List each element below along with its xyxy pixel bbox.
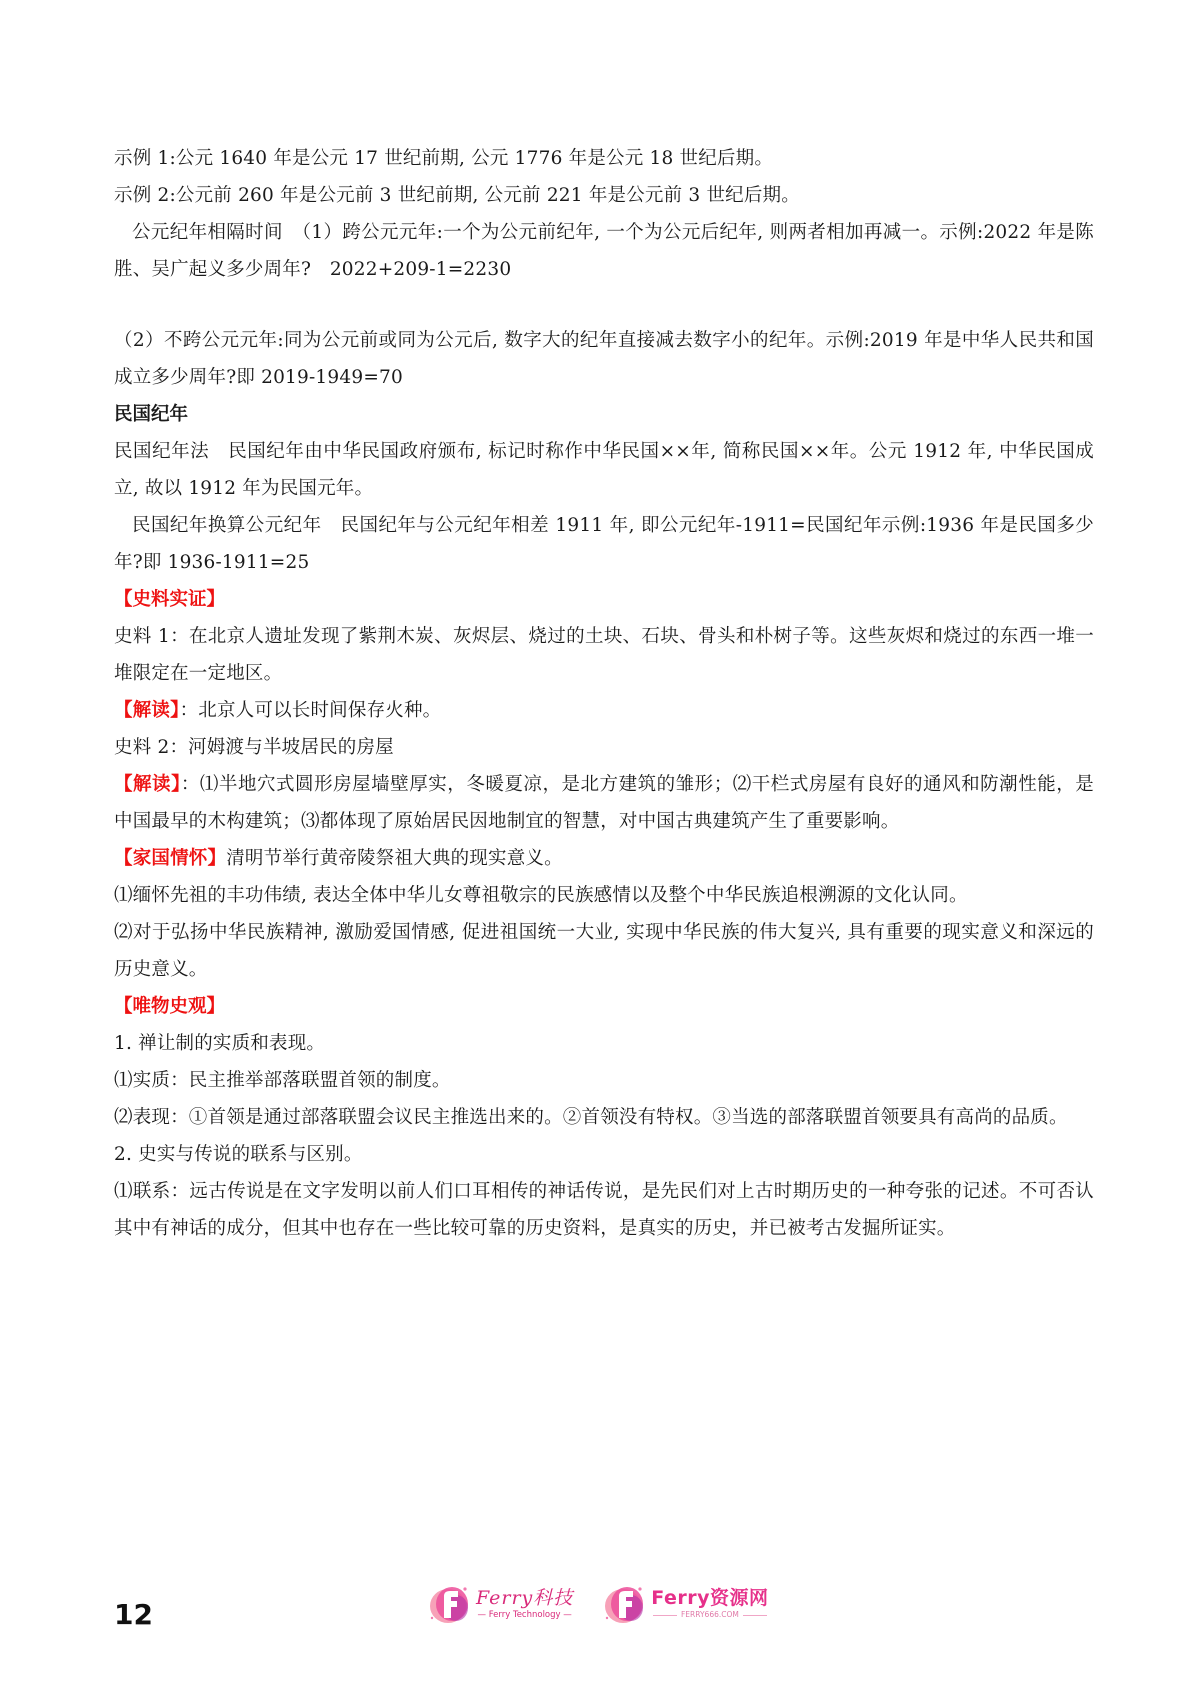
materialism-item-2-title: 2. 史实与传说的联系与区别。: [114, 1136, 1094, 1173]
minguo-convert-paragraph: 民国纪年换算公元纪年 民国纪年与公元纪年相差 1911 年, 即公元纪年-191…: [114, 507, 1094, 581]
patriotism-point-2: ⑵对于弘扬中华民族精神, 激励爱国情感, 促进祖国统一大业, 实现中华民族的伟大…: [114, 914, 1094, 988]
spacer: [114, 288, 1094, 322]
evidence-tag: 【史料实证】: [114, 581, 1094, 618]
divider: [743, 1615, 767, 1616]
ferry-resource-logo: Ferry资源网 FERRY666.COM: [603, 1582, 768, 1626]
reading-2: 【解读】：⑴半地穴式圆形房屋墙壁厚实，冬暖夏凉，是北方建筑的雏形；⑵干栏式房屋有…: [114, 766, 1094, 840]
patriotism-intro: 【家国情怀】清明节举行黄帝陵祭祖大典的现实意义。: [114, 840, 1094, 877]
logo2-subtitle: FERRY666.COM: [681, 1609, 739, 1621]
source-1: 史料 1：在北京人遗址发现了紫荆木炭、灰烬层、烧过的土块、石块、骨头和朴树子等。…: [114, 618, 1094, 692]
reading-tag: 【解读】: [114, 700, 180, 721]
materialism-tag: 【唯物史观】: [114, 988, 1094, 1025]
logo1-title: Ferry科技: [476, 1587, 573, 1609]
ferry-f-logo-icon: [428, 1582, 472, 1626]
materialism-item-2-connection: ⑴联系：远古传说是在文字发明以前人们口耳相传的神话传说，是先民们对上古时期历史的…: [114, 1173, 1094, 1247]
page-number: 12: [114, 1598, 153, 1631]
materialism-item-1-manifestation: ⑵表现：①首领是通过部落联盟会议民主推选出来的。②首领没有特权。③当选的部落联盟…: [114, 1099, 1094, 1136]
reading-tag: 【解读】: [114, 774, 181, 795]
footer-logos: Ferry科技 — Ferry Technology — Ferry资源网 FE…: [428, 1582, 769, 1626]
interval-paragraph: 公元纪年相隔时间 （1）跨公元元年:一个为公元前纪年, 一个为公元后纪年, 则两…: [114, 214, 1094, 288]
logo2-subtitle-row: FERRY666.COM: [653, 1609, 767, 1621]
minguo-heading: 民国纪年: [114, 396, 1094, 433]
document-page: 示例 1:公元 1640 年是公元 17 世纪前期, 公元 1776 年是公元 …: [114, 140, 1094, 1247]
reading-text: ：⑴半地穴式圆形房屋墙壁厚实，冬暖夏凉，是北方建筑的雏形；⑵干栏式房屋有良好的通…: [114, 774, 1094, 832]
patriotism-point-1: ⑴缅怀先祖的丰功伟绩, 表达全体中华儿女尊祖敬宗的民族感情以及整个中华民族追根溯…: [114, 877, 1094, 914]
patriotism-intro-text: 清明节举行黄帝陵祭祖大典的现实意义。: [226, 848, 563, 869]
patriotism-tag: 【家国情怀】: [114, 848, 226, 869]
source-2: 史料 2：河姆渡与半坡居民的房屋: [114, 729, 1094, 766]
reading-text: ：北京人可以长时间保存火种。: [180, 700, 442, 721]
reading-1: 【解读】：北京人可以长时间保存火种。: [114, 692, 1094, 729]
not-cross-paragraph: （2）不跨公元元年:同为公元前或同为公元后, 数字大的纪年直接减去数字小的纪年。…: [114, 322, 1094, 396]
logo1-subtitle: — Ferry Technology —: [478, 1609, 572, 1621]
divider: [653, 1615, 677, 1616]
logo2-title: Ferry资源网: [651, 1587, 768, 1609]
ferry-f-logo-icon: [603, 1582, 647, 1626]
materialism-item-1-title: 1. 禅让制的实质和表现。: [114, 1025, 1094, 1062]
ferry-technology-logo: Ferry科技 — Ferry Technology —: [428, 1582, 573, 1626]
example-2: 示例 2:公元前 260 年是公元前 3 世纪前期, 公元前 221 年是公元前…: [114, 177, 1094, 214]
example-1: 示例 1:公元 1640 年是公元 17 世纪前期, 公元 1776 年是公元 …: [114, 140, 1094, 177]
materialism-item-1-essence: ⑴实质：民主推举部落联盟首领的制度。: [114, 1062, 1094, 1099]
minguo-method-paragraph: 民国纪年法 民国纪年由中华民国政府颁布, 标记时称作中华民国××年, 简称民国×…: [114, 433, 1094, 507]
